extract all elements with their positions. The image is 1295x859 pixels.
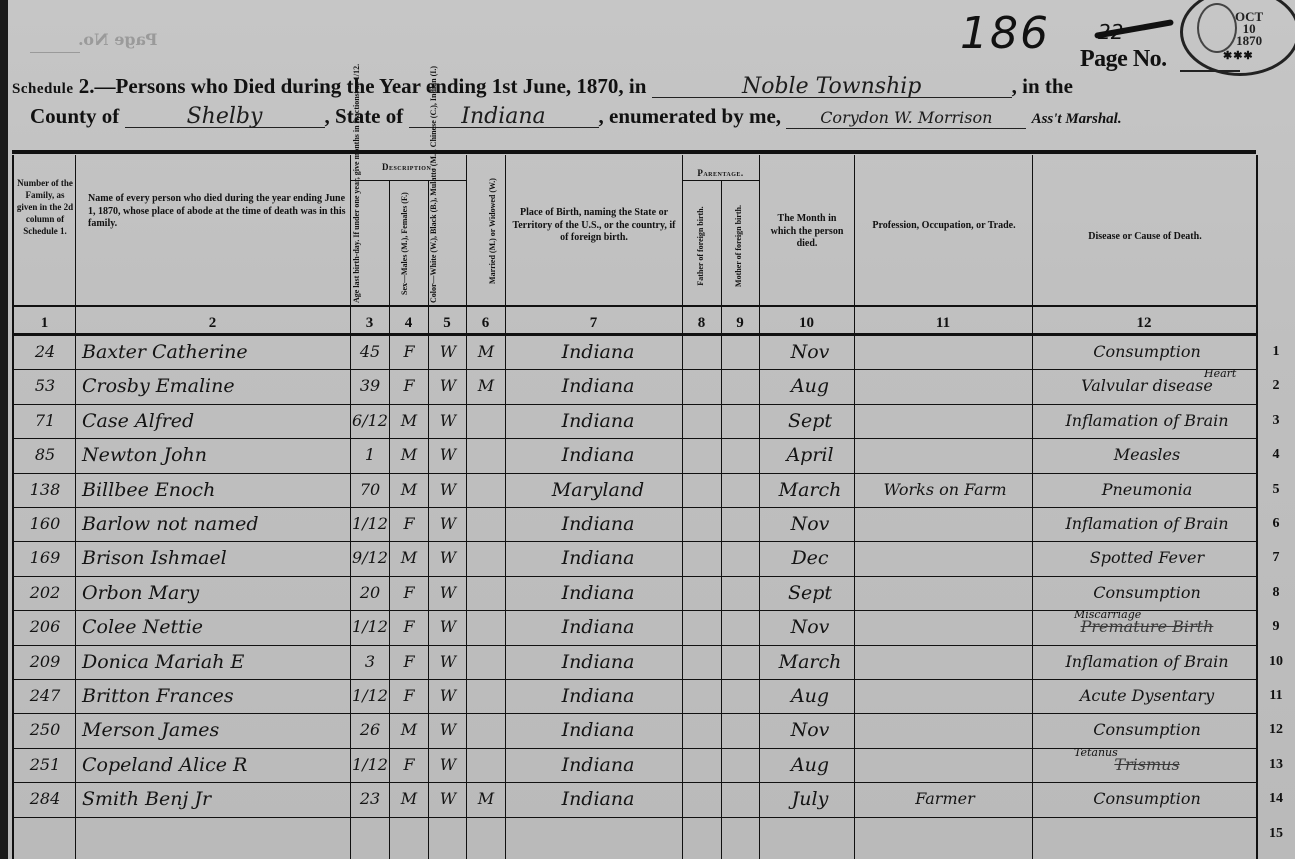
cell-married (468, 713, 504, 747)
line-number: 13 (1266, 748, 1286, 782)
cell-sex: M (391, 473, 427, 507)
group-rule (350, 180, 466, 181)
cell-color: W (430, 610, 466, 644)
line-number: 10 (1266, 645, 1286, 679)
cause-correction-note: Miscarriage (1074, 608, 1141, 621)
cell-father-foreign (684, 438, 720, 472)
cell-age: 70 (352, 473, 388, 507)
cell-name: Orbon Mary (82, 576, 350, 610)
cell-age: 1/12 (352, 610, 388, 644)
cell-name: Billbee Enoch (82, 473, 350, 507)
cell-father-foreign (684, 507, 720, 541)
cell-occupation (858, 748, 1032, 782)
colnum-2: 2 (75, 315, 350, 335)
col-divider (389, 180, 390, 859)
cell-name: Copeland Alice R (82, 748, 350, 782)
cell-married (468, 645, 504, 679)
cell-cause: Measles (1038, 438, 1256, 472)
cell-name: Case Alfred (82, 404, 350, 438)
cell-mother-foreign (723, 782, 759, 816)
census-date-stamp: OCT 10 1870 ✱✱✱ (1180, 0, 1295, 76)
cell-month: Sept (766, 404, 854, 438)
cell-mother-foreign (723, 610, 759, 644)
cell-color: W (430, 369, 466, 403)
cell-birthplace: Indiana (514, 369, 682, 403)
stamp-ring (1197, 3, 1237, 53)
line-number: 1 (1266, 335, 1286, 369)
cell-cause: Spotted Fever (1038, 541, 1256, 575)
cell-color: W (430, 473, 466, 507)
cell-age: 1/12 (352, 679, 388, 713)
cell-father-foreign (684, 369, 720, 403)
line-number: 9 (1266, 610, 1286, 644)
cell-family: 284 (16, 782, 74, 816)
cell-family: 85 (16, 438, 74, 472)
cell-age: 20 (352, 576, 388, 610)
cell-mother-foreign (723, 576, 759, 610)
cell-name: Smith Benj Jr (82, 782, 350, 816)
cause-correction-note: Tetanus (1074, 746, 1118, 759)
col5-header: Color—White (W.), Black (B.), Mulatto (M… (429, 203, 465, 303)
cell-month: Aug (766, 679, 854, 713)
cell-occupation (858, 679, 1032, 713)
cell-color: W (430, 404, 466, 438)
parentage-group-header: Parentage. (682, 167, 759, 180)
cell-cause: Consumption (1038, 335, 1256, 369)
col8-header: Father of foreign birth. (696, 196, 708, 296)
cell-mother-foreign (723, 507, 759, 541)
cell-father-foreign (684, 748, 720, 782)
line-number: 4 (1266, 438, 1286, 472)
cell-married: M (468, 335, 504, 369)
cell-color: W (430, 713, 466, 747)
cell-cause: Consumption (1038, 576, 1256, 610)
col1-header: Number of the Family, as given in the 2d… (16, 177, 74, 237)
colnum-1: 1 (14, 315, 75, 335)
cell-married (468, 438, 504, 472)
cell-name: Britton Frances (82, 679, 350, 713)
cell-married (468, 610, 504, 644)
cell-married (468, 404, 504, 438)
cell-married (468, 576, 504, 610)
cell-sex: M (391, 438, 427, 472)
description-group-header: Description. (350, 161, 466, 174)
line-number: 12 (1266, 713, 1286, 747)
cell-age: 1/12 (352, 748, 388, 782)
colnum-4: 4 (389, 315, 428, 335)
cell-sex: F (391, 679, 427, 713)
header-rule (12, 150, 1256, 154)
county-label: County of (30, 104, 119, 128)
colnum-6: 6 (466, 315, 505, 335)
cell-mother-foreign (723, 645, 759, 679)
cell-occupation (858, 645, 1032, 679)
cell-name: Merson James (82, 713, 350, 747)
cell-family: 160 (16, 507, 74, 541)
line-number: 6 (1266, 507, 1286, 541)
cell-color: W (430, 576, 466, 610)
row-rule (14, 817, 1256, 818)
cell-father-foreign (684, 576, 720, 610)
cell-occupation: Farmer (858, 782, 1032, 816)
cell-birthplace: Indiana (514, 507, 682, 541)
cell-sex: F (391, 576, 427, 610)
cell-cause: Acute Dysentary (1038, 679, 1256, 713)
cell-birthplace: Indiana (514, 610, 682, 644)
cell-age: 3 (352, 645, 388, 679)
cell-married: M (468, 369, 504, 403)
cell-mother-foreign (723, 335, 759, 369)
township-field: Noble Township (652, 77, 1012, 98)
cell-birthplace: Indiana (514, 438, 682, 472)
cell-occupation (858, 438, 1032, 472)
col10-header: The Month in which the person died. (766, 213, 848, 251)
cell-month: Aug (766, 369, 854, 403)
cell-age: 9/12 (352, 541, 388, 575)
stamp-stars: ✱✱✱ (1223, 49, 1254, 62)
cell-birthplace: Indiana (514, 645, 682, 679)
cell-age: 6/12 (352, 404, 388, 438)
cell-month: July (766, 782, 854, 816)
cell-color: W (430, 541, 466, 575)
col9-header: Mother of foreign birth. (734, 196, 746, 296)
bleed-through-page-no: Page No. (78, 30, 158, 49)
cell-father-foreign (684, 679, 720, 713)
cause-correction-note: Heart (1204, 367, 1236, 380)
cell-cause: Inflamation of Brain (1038, 507, 1256, 541)
cell-cause: Pneumonia (1038, 473, 1256, 507)
cell-cause: Premature Birth (1038, 610, 1256, 644)
mortality-table: Number of the Family, as given in the 2d… (12, 155, 1256, 859)
cell-age: 45 (352, 335, 388, 369)
cell-mother-foreign (723, 438, 759, 472)
cell-birthplace: Indiana (514, 404, 682, 438)
page-edge (0, 0, 8, 859)
cell-family: 206 (16, 610, 74, 644)
cell-birthplace: Indiana (514, 782, 682, 816)
colnum-10: 10 (759, 315, 854, 335)
line-number: 5 (1266, 473, 1286, 507)
cell-occupation (858, 507, 1032, 541)
cell-month: Aug (766, 748, 854, 782)
cell-occupation (858, 713, 1032, 747)
cell-married (468, 748, 504, 782)
col4-header: Sex—Males (M.), Females (F.) (400, 195, 420, 295)
stamp-date: OCT 10 1870 (1235, 11, 1263, 47)
census-page: Page No. 186 22 OCT 10 1870 ✱✱✱ Page No.… (0, 0, 1295, 859)
cell-color: W (430, 438, 466, 472)
cell-month: Nov (766, 610, 854, 644)
colnum-11: 11 (854, 315, 1032, 335)
col-divider (1256, 155, 1258, 859)
cell-sex: M (391, 782, 427, 816)
cell-sex: M (391, 404, 427, 438)
cell-family: 169 (16, 541, 74, 575)
colnum-5: 5 (428, 315, 466, 335)
cell-sex: F (391, 645, 427, 679)
cell-occupation (858, 610, 1032, 644)
colnum-7: 7 (505, 315, 682, 335)
cell-name: Colee Nettie (82, 610, 350, 644)
line-number: 2 (1266, 369, 1286, 403)
col7-header: Place of Birth, naming the State or Terr… (509, 207, 679, 245)
col6-header: Married (M.) or Widowed (W.) (488, 171, 500, 291)
cell-name: Barlow not named (82, 507, 350, 541)
line-number: 14 (1266, 782, 1286, 816)
group-rule (682, 180, 759, 181)
cell-mother-foreign (723, 679, 759, 713)
cell-cause: Consumption (1038, 782, 1256, 816)
colnum-8: 8 (682, 315, 721, 335)
cell-mother-foreign (723, 369, 759, 403)
cell-month: Nov (766, 507, 854, 541)
cell-family: 24 (16, 335, 74, 369)
bleed-through-line (30, 52, 80, 53)
cell-sex: M (391, 713, 427, 747)
cell-father-foreign (684, 473, 720, 507)
cell-mother-foreign (723, 473, 759, 507)
line-number: 3 (1266, 404, 1286, 438)
cell-age: 1/12 (352, 507, 388, 541)
cell-sex: F (391, 335, 427, 369)
cell-month: April (766, 438, 854, 472)
cell-married (468, 679, 504, 713)
cell-sex: F (391, 507, 427, 541)
cell-father-foreign (684, 335, 720, 369)
cell-occupation (858, 369, 1032, 403)
cell-age: 39 (352, 369, 388, 403)
cell-month: Sept (766, 576, 854, 610)
cell-occupation: Works on Farm (858, 473, 1032, 507)
cell-cause: Inflamation of Brain (1038, 645, 1256, 679)
col2-header: Name of every person who died during the… (88, 193, 346, 231)
cell-color: W (430, 645, 466, 679)
cell-sex: F (391, 369, 427, 403)
cell-occupation (858, 404, 1032, 438)
cell-sex: F (391, 610, 427, 644)
cell-father-foreign (684, 404, 720, 438)
colnum-12: 12 (1032, 315, 1256, 335)
cell-color: W (430, 679, 466, 713)
enumerator-field: Corydon W. Morrison (786, 108, 1026, 129)
cell-month: Nov (766, 713, 854, 747)
cell-name: Baxter Catherine (82, 335, 350, 369)
cell-occupation (858, 335, 1032, 369)
page-no-label: Page No. (1080, 46, 1167, 73)
page-no-blank (1180, 70, 1240, 72)
cell-mother-foreign (723, 541, 759, 575)
cell-month: March (766, 473, 854, 507)
cell-family: 209 (16, 645, 74, 679)
schedule-title: Schedule 2.—Persons who Died during the … (12, 74, 1073, 99)
cell-age: 23 (352, 782, 388, 816)
col12-header: Disease or Cause of Death. (1034, 231, 1256, 244)
enumerated-label: , enumerated by me, (599, 104, 782, 128)
cell-name: Brison Ishmael (82, 541, 350, 575)
cell-color: W (430, 335, 466, 369)
cell-birthplace: Indiana (514, 335, 682, 369)
struck-page-number: 22 (1098, 20, 1168, 38)
cell-family: 251 (16, 748, 74, 782)
cell-name: Donica Mariah E (82, 645, 350, 679)
handwritten-sheet-number: 186 (960, 8, 1050, 59)
county-field: Shelby (125, 107, 325, 128)
cell-father-foreign (684, 610, 720, 644)
cell-family: 247 (16, 679, 74, 713)
cell-married: M (468, 782, 504, 816)
cell-father-foreign (684, 645, 720, 679)
cell-sex: M (391, 541, 427, 575)
cell-birthplace: Indiana (514, 679, 682, 713)
cell-birthplace: Maryland (514, 473, 682, 507)
location-line: County of Shelby, State of Indiana, enum… (30, 104, 1122, 129)
cell-father-foreign (684, 713, 720, 747)
cell-name: Crosby Emaline (82, 369, 350, 403)
cell-occupation (858, 576, 1032, 610)
cell-family: 71 (16, 404, 74, 438)
cell-family: 202 (16, 576, 74, 610)
cell-family: 53 (16, 369, 74, 403)
cell-age: 26 (352, 713, 388, 747)
cell-month: March (766, 645, 854, 679)
cell-sex: F (391, 748, 427, 782)
state-label: , State of (325, 104, 404, 128)
cell-father-foreign (684, 541, 720, 575)
col3-header: Age last birth-day. If under one year, g… (352, 203, 388, 303)
stamp-year: 1870 (1235, 35, 1263, 47)
cell-birthplace: Indiana (514, 541, 682, 575)
col-divider (721, 180, 722, 859)
cell-married (468, 473, 504, 507)
cell-month: Dec (766, 541, 854, 575)
cell-cause: Consumption (1038, 713, 1256, 747)
line-number: 8 (1266, 576, 1286, 610)
cell-married (468, 507, 504, 541)
cell-birthplace: Indiana (514, 713, 682, 747)
colnum-9: 9 (721, 315, 759, 335)
cell-family: 138 (16, 473, 74, 507)
schedule-label: Schedule (12, 81, 74, 97)
cell-mother-foreign (723, 748, 759, 782)
cell-mother-foreign (723, 713, 759, 747)
cell-married (468, 541, 504, 575)
line-number: 7 (1266, 541, 1286, 575)
cell-family: 250 (16, 713, 74, 747)
cell-cause: Trismus (1038, 748, 1256, 782)
line-number: 11 (1266, 679, 1286, 713)
schedule-title-text: 2.—Persons who Died during the Year endi… (79, 74, 647, 98)
cell-age: 1 (352, 438, 388, 472)
cell-occupation (858, 541, 1032, 575)
cell-birthplace: Indiana (514, 576, 682, 610)
cell-cause: Inflamation of Brain (1038, 404, 1256, 438)
cell-month: Nov (766, 335, 854, 369)
colnum-3: 3 (350, 315, 389, 335)
col11-header: Profession, Occupation, or Trade. (864, 220, 1024, 233)
cell-father-foreign (684, 782, 720, 816)
marshal-label: Ass't Marshal. (1032, 111, 1122, 127)
header-bottom-rule (14, 305, 1256, 307)
cell-birthplace: Indiana (514, 748, 682, 782)
cell-color: W (430, 748, 466, 782)
cell-color: W (430, 507, 466, 541)
cell-name: Newton John (82, 438, 350, 472)
line-number: 15 (1266, 817, 1286, 851)
cell-mother-foreign (723, 404, 759, 438)
cell-color: W (430, 782, 466, 816)
in-the-label: , in the (1012, 74, 1073, 98)
